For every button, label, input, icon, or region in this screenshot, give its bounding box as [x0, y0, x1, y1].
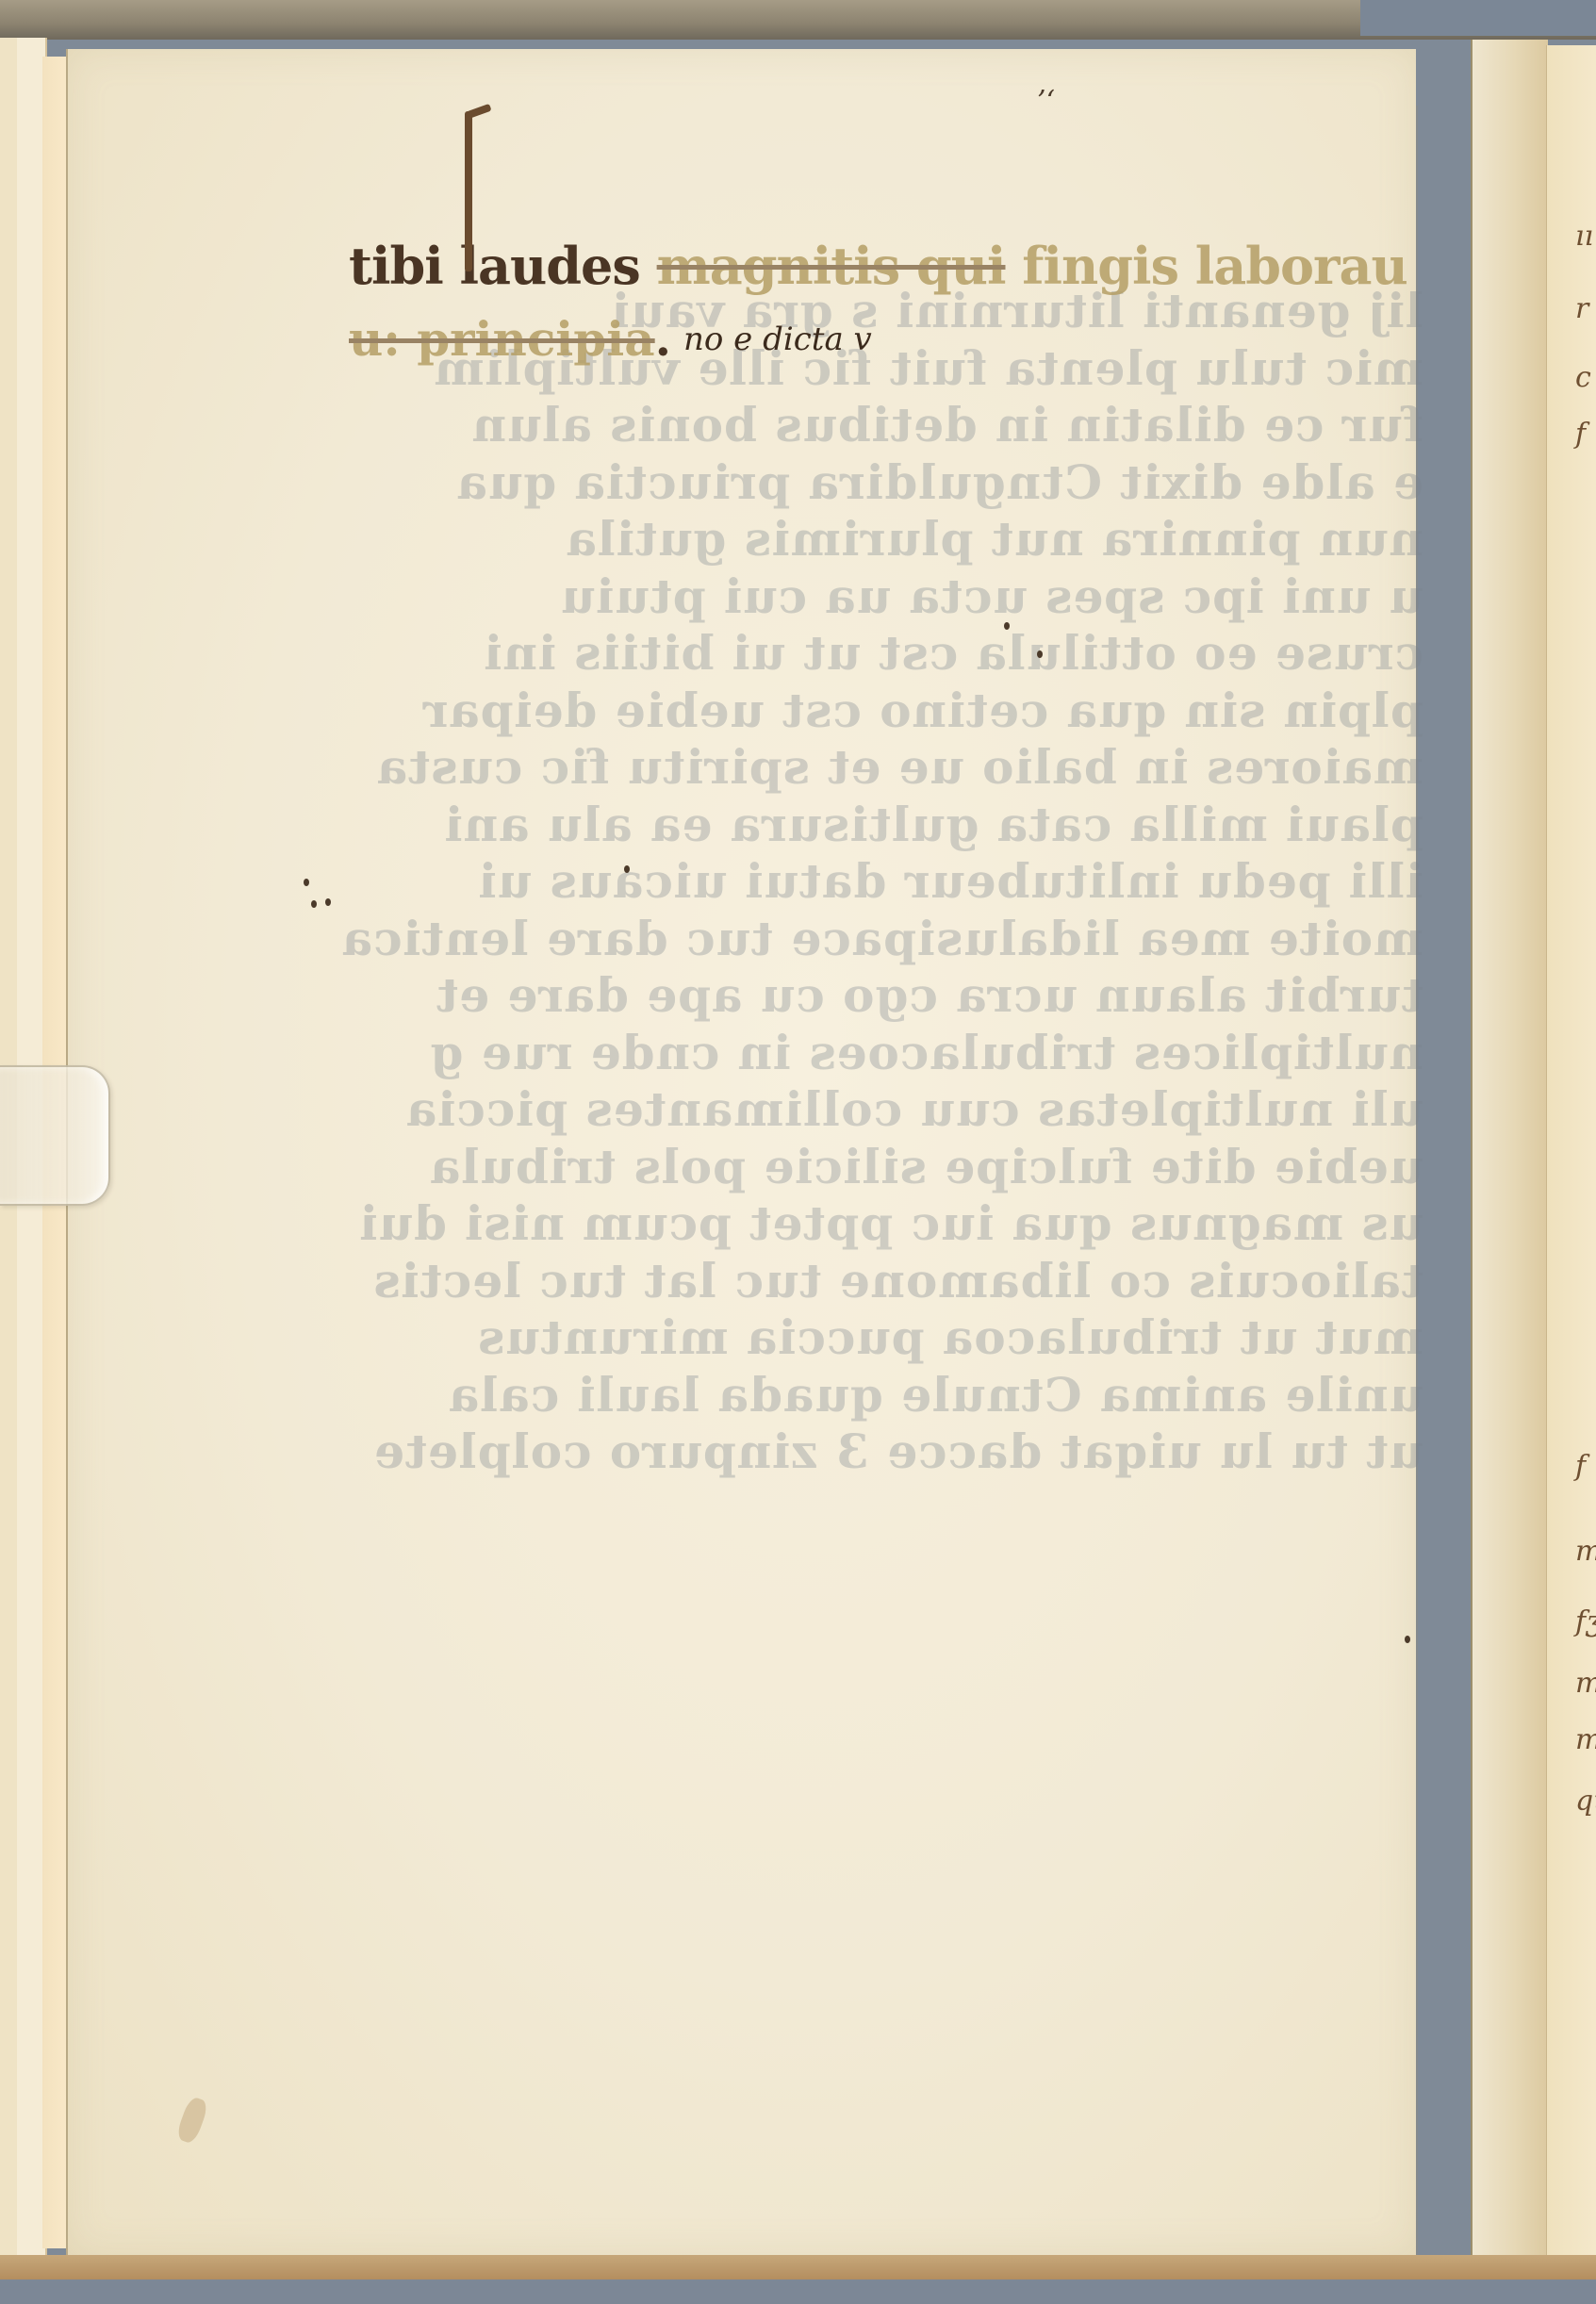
showthrough-line: e alde dixit Ctnguldira priuctia qua [316, 454, 1423, 512]
showthrough-line: uebie dite fulcipe silicie pols tribula [316, 1139, 1423, 1196]
adjacent-page: ıı r c f f m fʒ mi ma qu [1546, 45, 1596, 2261]
adjacent-page-fragment: qu [1575, 1785, 1596, 1818]
background-blue [0, 2279, 1596, 2304]
ink-speck [311, 900, 317, 908]
ink-speck [304, 879, 309, 886]
terminal-dot: . [655, 311, 671, 367]
long-s-ascender [465, 111, 472, 272]
faded-words: fingis laborau [1022, 236, 1407, 296]
ink-speck [624, 865, 630, 873]
background-blue [1360, 0, 1596, 36]
ink-speck [1037, 650, 1043, 658]
adjacent-page-fragment: mi [1575, 1667, 1596, 1700]
marginal-annotation: no e dicta v [683, 321, 872, 358]
showthrough-line: nultiplices tribulacoes in cnde rue g [316, 1025, 1423, 1082]
adjacent-page-fragment: c [1575, 361, 1591, 394]
adjacent-page-fragment: ma [1575, 1723, 1596, 1756]
ink-speck [1405, 1636, 1410, 1643]
showthrough-text: lij genanti liturnini s gra vaui mic tul… [316, 396, 1423, 1481]
showthrough-line: u uni ipc spes ucta ua cui ptuiu [316, 568, 1423, 626]
struck-words: magnitis qui [657, 236, 1006, 296]
showthrough-line: uli nultipletas cuu collimantes piccia [316, 1081, 1423, 1139]
showthrough-line: maiores in balio ue et spiritu fic custa [316, 739, 1423, 797]
showthrough-line: fur ce dilatin in detibus bonis alun [316, 397, 1423, 454]
struck-words: u: principia [349, 311, 655, 367]
showthrough-line: cruse eo ottilula cst ut ui bitiis ini [316, 625, 1423, 683]
adjacent-page-fragment: f [1575, 418, 1586, 451]
showthrough-line: plaui milla cata gultisura ea alu ani [316, 797, 1423, 854]
showthrough-line: mut ut tribulacoa puccia miruntus [316, 1309, 1423, 1367]
plastic-page-clip [0, 1065, 110, 1206]
adjacent-page-fragment: ıı [1575, 220, 1593, 253]
showthrough-line: nun pinnira nut plurimis gutila [316, 511, 1423, 568]
rubric-line: tibi laudes magnitis qui fingis laborau [349, 236, 1407, 296]
adjacent-page-fragment: f [1575, 1450, 1586, 1483]
adjacent-page-fragment: r [1575, 292, 1588, 325]
showthrough-line: ut tu lu uiqat dacce 3 zinpuro colplete [316, 1424, 1423, 1481]
ink-mark: ’‘ [1037, 85, 1055, 118]
showthrough-line: moite mea lidalusipace tuc dare lentica [316, 911, 1423, 968]
showthrough-line: plpin sin qua cetino cst uebie deipar [316, 683, 1423, 740]
book-gutter [1471, 40, 1548, 2264]
adjacent-page-fragment: m [1575, 1535, 1596, 1568]
second-line: u: principia. [349, 311, 671, 367]
showthrough-line: turbit alaun ucra cgo cu ape dare et [316, 967, 1423, 1025]
showthrough-line: us magnus qua iuc pptet pcum nisi dui [316, 1195, 1423, 1253]
showthrough-line: taliocuis co libamone tuc lat tuc lectis [316, 1253, 1423, 1310]
ink-speck [1004, 622, 1010, 630]
ink-speck [325, 898, 331, 906]
rubric-words: tibi laudes [349, 236, 640, 296]
showthrough-line: illi pedu inlitubeur datui uicaus ui [316, 853, 1423, 911]
bottom-binding-edge [0, 2255, 1596, 2279]
top-binding-edge [0, 0, 1596, 40]
showthrough-line: unile anima Ctnule quada lauli cala [316, 1367, 1423, 1424]
adjacent-page-fragment: fʒ [1575, 1605, 1596, 1638]
